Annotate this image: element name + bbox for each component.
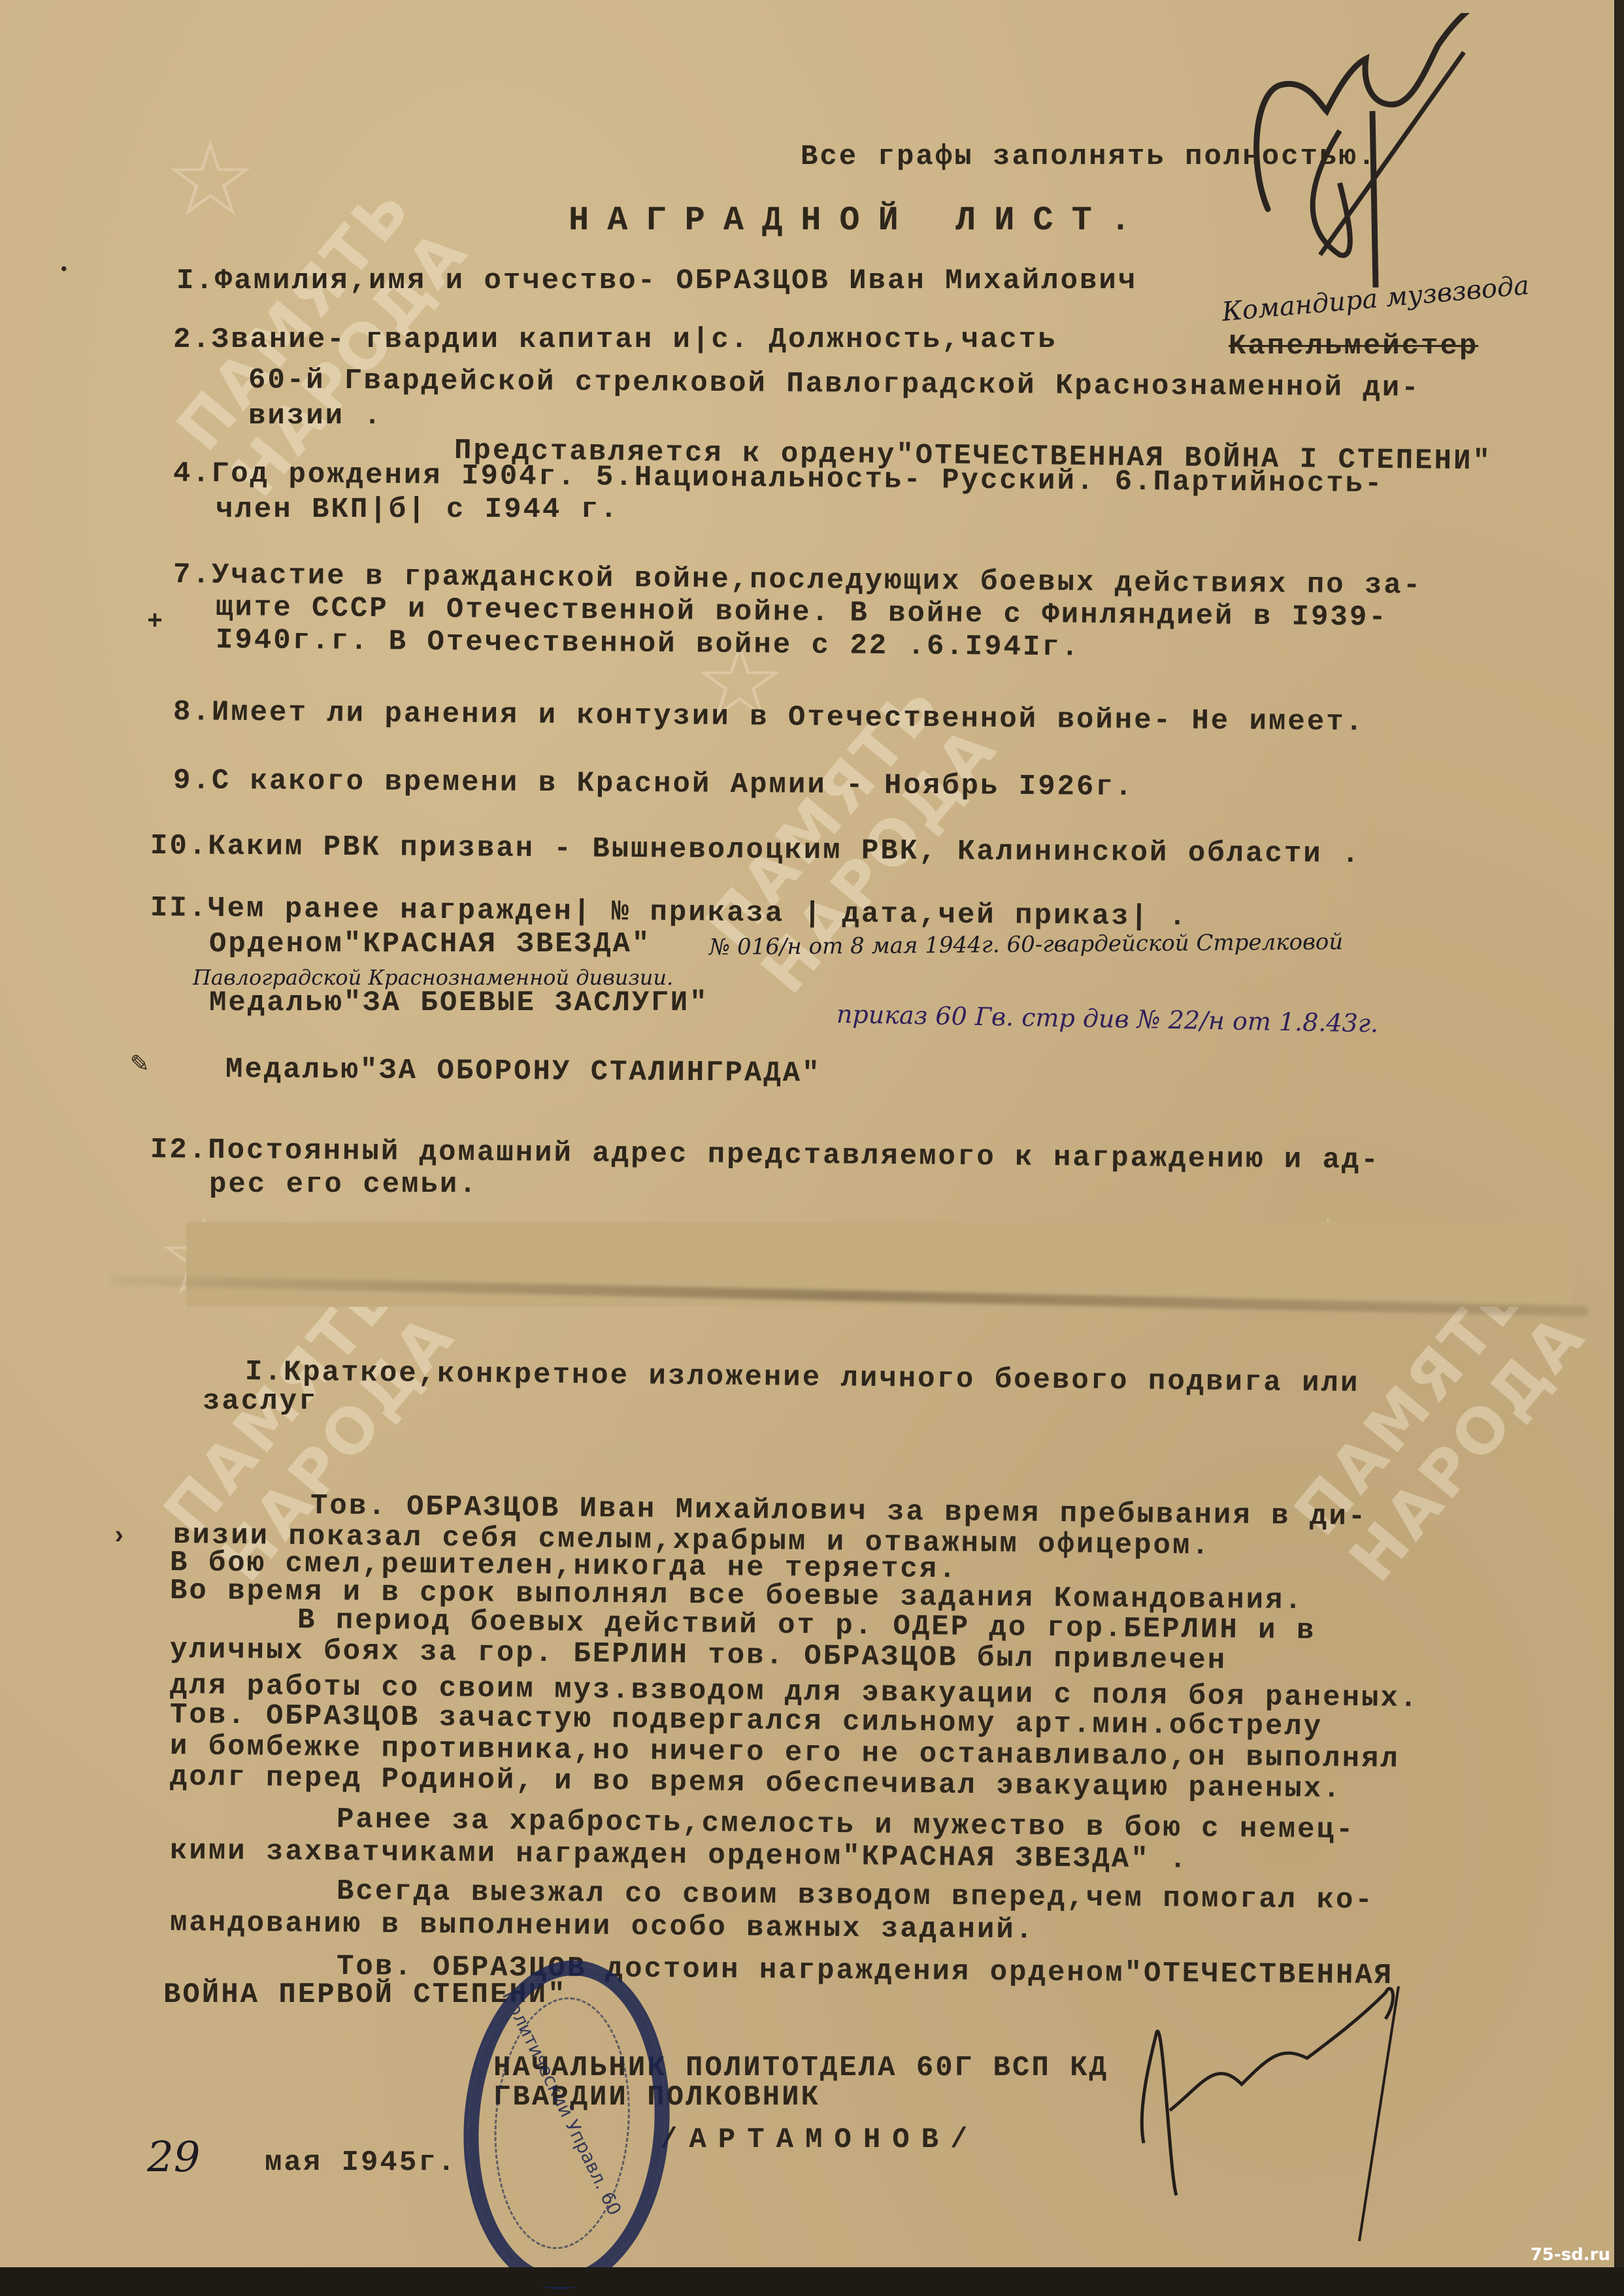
site-tag: 75-sd.ru xyxy=(1531,2245,1610,2265)
field-2-struck-position: Капельмейстер xyxy=(1229,330,1478,363)
margin-mark: › xyxy=(111,1522,129,1552)
handwritten-red-star-order: № 016/н от 8 мая 1944г. 60-гвардейской С… xyxy=(709,929,1343,960)
header-note: Все графы заполнять полностью. xyxy=(801,140,1377,173)
field-11-award-stalingrad: Медалью"ЗА ОБОРОНУ СТАЛИНГРАДА" xyxy=(225,1053,821,1090)
scan-edge-right xyxy=(1614,0,1624,2287)
field-11-award-red-star: Орденом"КРАСНАЯ ЗВЕЗДА" xyxy=(209,928,651,960)
field-8-wounds: 8.Имеет ли ранения и контузии в Отечеств… xyxy=(173,696,1365,739)
signature-icon xyxy=(1111,1980,1503,2241)
document-title: НАГРАДНОЙ ЛИСТ. xyxy=(569,201,1149,240)
field-2-unit: 60-й Гвардейской стрелковой Павлоградско… xyxy=(248,364,1421,405)
section-2-header-cont: заслуг xyxy=(203,1385,318,1418)
field-2-rank-position: 2.Звание- гвардии капитан и|с. Должность… xyxy=(173,323,1057,356)
watermark-star-icon: ☆ xyxy=(163,118,257,240)
award-sheet: ☆ ПАМЯТЬ НАРОДА ☆ ПАМЯТЬ НАРОДА ☆ ☆ ПАМЯ… xyxy=(0,0,1614,2267)
date-month-year: мая I945г. xyxy=(265,2146,457,2179)
margin-mark: + xyxy=(147,608,165,637)
field-2-unit-cont: визии . xyxy=(248,400,383,433)
narrative-line: мандованию в выполнении особо важных зад… xyxy=(170,1907,1035,1947)
field-1-name: I.Фамилия,имя и отчество- ОБРАЗЦОВ Иван … xyxy=(176,265,1137,297)
field-9-service-since: 9.С какого времени в Красной Армии - Ноя… xyxy=(173,764,1135,804)
handwritten-combat-merit-order: приказ 60 Гв. стр див № 22/н от 1.8.43г. xyxy=(837,1000,1379,1038)
signer-name: /АРТАМОНОВ/ xyxy=(660,2124,979,2156)
date-day-handwritten: 29 xyxy=(147,2133,200,2182)
margin-mark: ✎ xyxy=(131,1045,150,1081)
field-7-participation-cont2: I940г.г. В Отечественной войне с 22 .6.I… xyxy=(216,624,1081,664)
margin-tick: • xyxy=(59,260,71,280)
scan-edge-bottom xyxy=(0,2267,1624,2287)
field-11-award-combat-merit: Медалью"ЗА БОЕВЫЕ ЗАСЛУГИ" xyxy=(209,987,709,1019)
field-10-conscription: I0.Каким РВК призван - Вышневолоцким РВК… xyxy=(150,830,1361,871)
field-6-party-cont: член ВКП|б| с I944 г. xyxy=(216,493,620,526)
field-12-address-cont: рес его семьи. xyxy=(209,1168,478,1201)
